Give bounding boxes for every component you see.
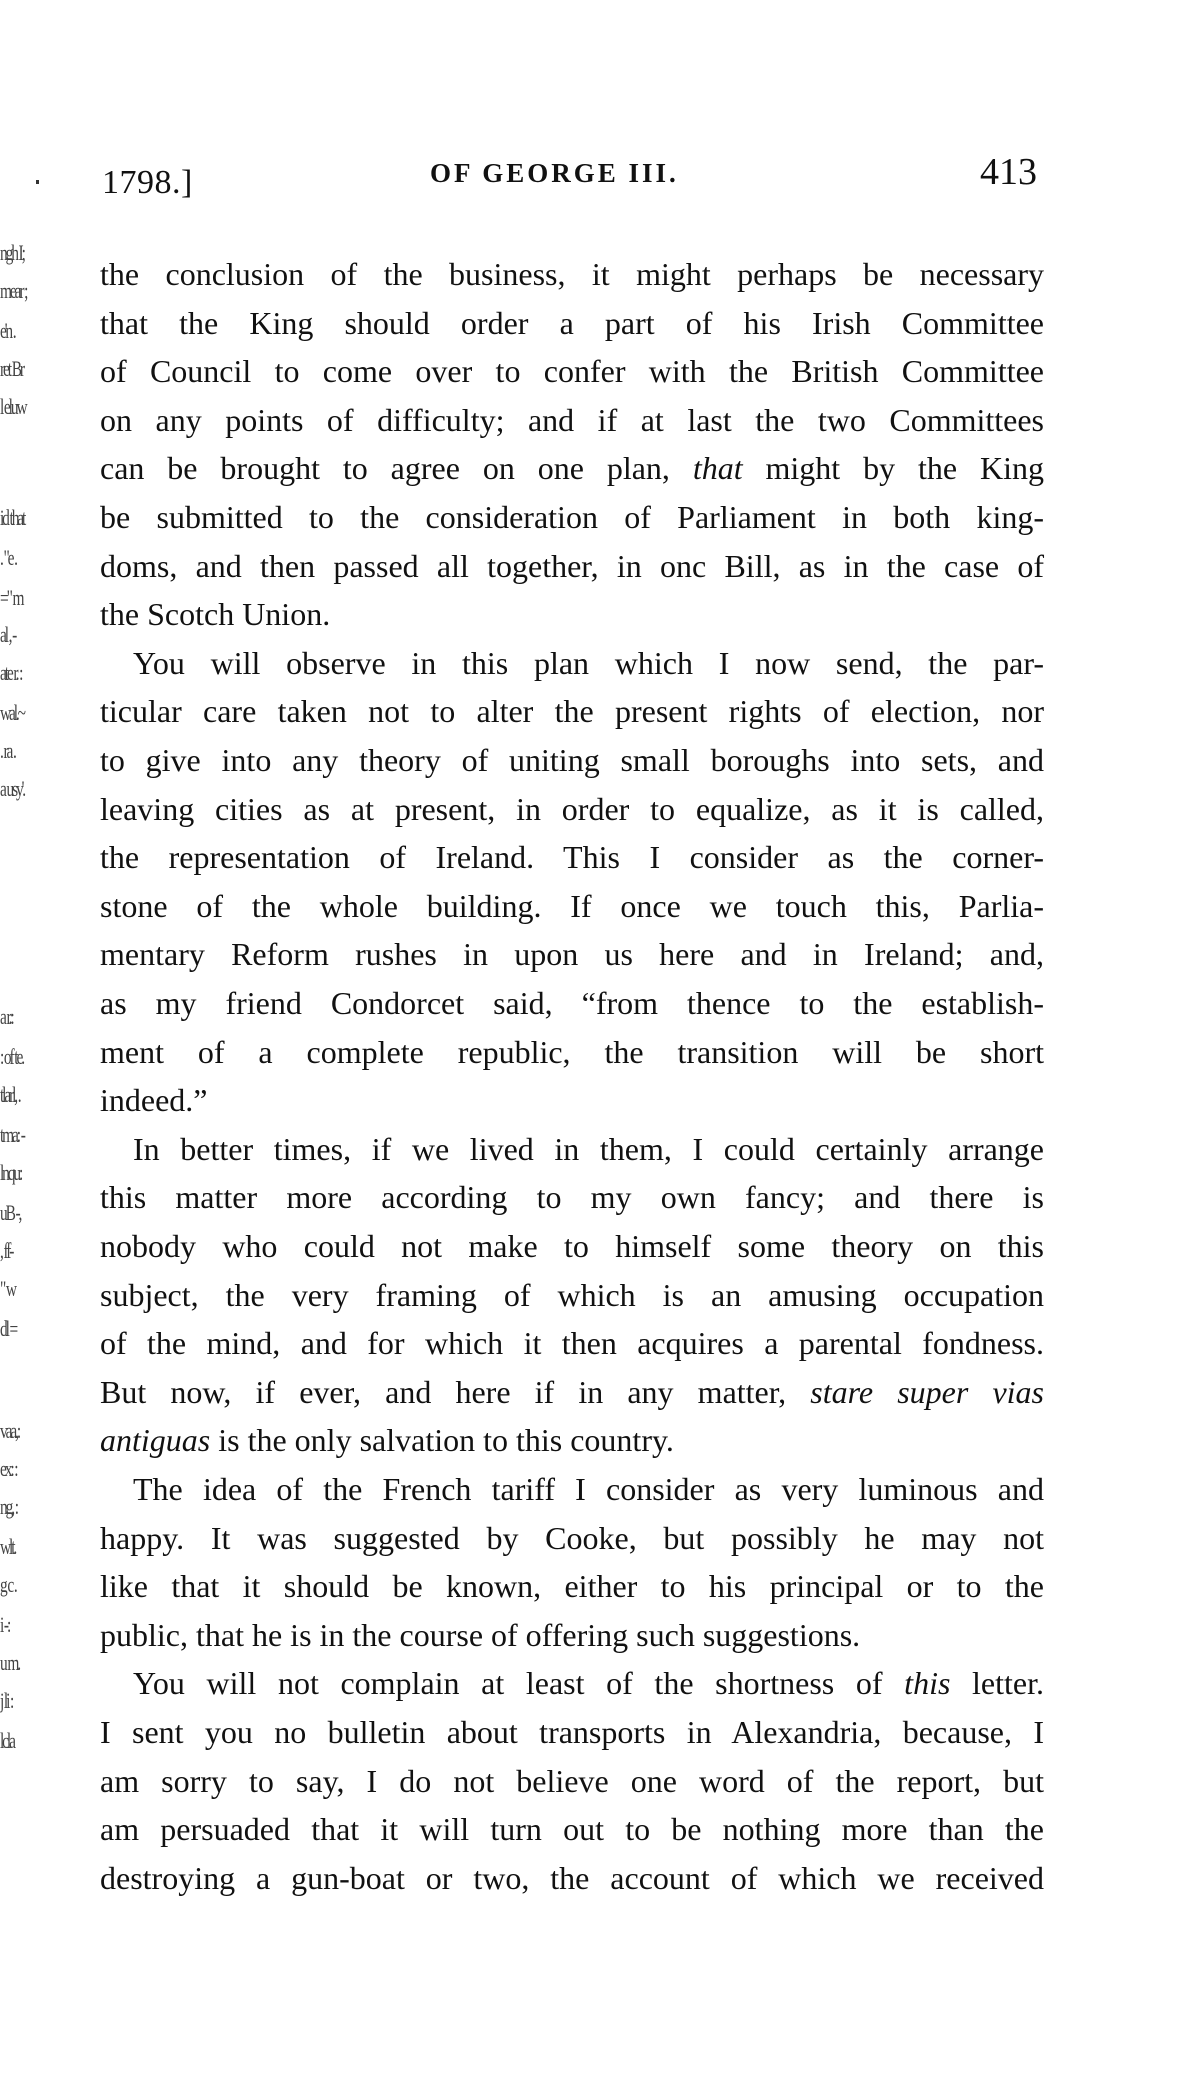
text-line: ment of a complete republic, the transit… [100, 1032, 1044, 1072]
bleed-fragment: . ra . [0, 738, 15, 764]
bleed-fragment: a usy'. [0, 776, 24, 802]
text-line: am sorry to say, I do not believe one wo… [100, 1761, 1044, 1801]
bleed-fragment: =" m [0, 585, 22, 611]
text-line: indeed.” [100, 1080, 1044, 1120]
text-line: am persuaded that it will turn out to be… [100, 1809, 1044, 1849]
text-line: be submitted to the consideration of Par… [100, 497, 1044, 537]
text-line: leaving cities as at present, in order t… [100, 789, 1044, 829]
text-line: happy. It was suggested by Cooke, but po… [100, 1518, 1044, 1558]
bleed-fragment: ng, : [0, 1494, 17, 1520]
bleed-fragment: mear ; [0, 278, 26, 304]
bleed-fragment: wlt. [0, 1534, 15, 1560]
text-line: to give into any theory of uniting small… [100, 740, 1044, 780]
text-line: of the mind, and for which it then acqui… [100, 1323, 1044, 1363]
page-number: 413 [980, 150, 1037, 194]
bleed-fragment: u m. [0, 1650, 19, 1676]
bleed-fragment: vaa,: [0, 1418, 19, 1444]
bleed-fragment: : of te. [0, 1044, 23, 1070]
italic-text: that [693, 450, 743, 486]
text-line: mentary Reform rushes in upon us here an… [100, 934, 1044, 974]
italic-text: this [904, 1665, 950, 1701]
bleed-fragment: " w [0, 1276, 15, 1302]
text-line: can be brought to agree on one plan, tha… [100, 448, 1044, 488]
text-line: doms, and then passed all together, in o… [100, 546, 1044, 586]
bleed-fragment: g c . [0, 1572, 16, 1598]
bleed-fragment: , ff- [0, 1238, 12, 1264]
bleed-fragment: ret Br [0, 356, 23, 382]
bleed-fragment: l eluw [0, 394, 25, 420]
text-line: But now, if ever, and here if in any mat… [100, 1372, 1044, 1412]
bleed-fragment: al , - [0, 622, 15, 648]
bleed-fragment: lnqu: [0, 1160, 21, 1186]
text-line: You will not complain at least of the sh… [133, 1663, 1044, 1703]
bleed-fragment: lcla [0, 1728, 14, 1754]
text-line: of Council to come over to confer with t… [100, 351, 1044, 391]
text-line: that the King should order a part of his… [100, 303, 1044, 343]
text-line: nobody who could not make to himself som… [100, 1226, 1044, 1266]
bleed-fragment: a r.: [0, 1004, 13, 1030]
text-line: like that it should be known, either to … [100, 1566, 1044, 1606]
text-line: stone of the whole building. If once we … [100, 886, 1044, 926]
italic-text: antiguas [100, 1422, 210, 1458]
bleed-fragment: id that [0, 505, 24, 531]
text-line: this matter more according to my own fan… [100, 1177, 1044, 1217]
running-head-year: 1798.] [102, 164, 193, 202]
text-line: as my friend Condorcet said, “from thenc… [100, 983, 1044, 1023]
bleed-fragment: i -: [0, 1612, 9, 1638]
text-line: the Scotch Union. [100, 594, 1044, 634]
text-line: In better times, if we lived in them, I … [133, 1129, 1044, 1169]
bleed-fragment: tma: - [0, 1122, 24, 1148]
running-head-title: OF GEORGE III. [430, 158, 679, 189]
text-line: antiguas is the only salvation to this c… [100, 1420, 1044, 1460]
bleed-fragment: dl = [0, 1316, 16, 1342]
text-line: on any points of difficulty; and if at l… [100, 400, 1044, 440]
bleed-fragment: ate r. : [0, 660, 21, 686]
text-line: I sent you no bulletin about transports … [100, 1712, 1044, 1752]
bleed-fragment: tlarl, . [0, 1082, 20, 1108]
bleed-fragment: uB -, [0, 1200, 20, 1226]
italic-text: stare super vias [810, 1374, 1044, 1410]
text-line: the conclusion of the business, it might… [100, 254, 1044, 294]
bleed-fragment: wal.~ [0, 700, 24, 726]
bleed-fragment: j li : [0, 1688, 12, 1714]
text-line: ticular care taken not to alter the pres… [100, 691, 1044, 731]
bleed-fragment: e'n . [0, 318, 15, 344]
text-line: You will observe in this plan which I no… [133, 643, 1044, 683]
text-line: destroying a gun-boat or two, the accoun… [100, 1858, 1044, 1898]
facing-page-bleed: ngh I;mear ;e'n .ret Brl eluwid that. "e… [0, 0, 62, 2076]
text-line: public, that he is in the course of offe… [100, 1615, 1044, 1655]
running-head: 1798.] OF GEORGE III. 413 [0, 150, 1178, 210]
book-page: ngh I;mear ;e'n .ret Brl eluwid that. "e… [0, 0, 1178, 2076]
bleed-fragment: ngh I; [0, 240, 24, 266]
text-line: the representation of Ireland. This I co… [100, 837, 1044, 877]
text-line: subject, the very framing of which is an… [100, 1275, 1044, 1315]
bleed-fragment: . "e . [0, 545, 16, 571]
bleed-fragment: ex: : [0, 1456, 16, 1482]
text-line: The idea of the French tariff I consider… [133, 1469, 1044, 1509]
